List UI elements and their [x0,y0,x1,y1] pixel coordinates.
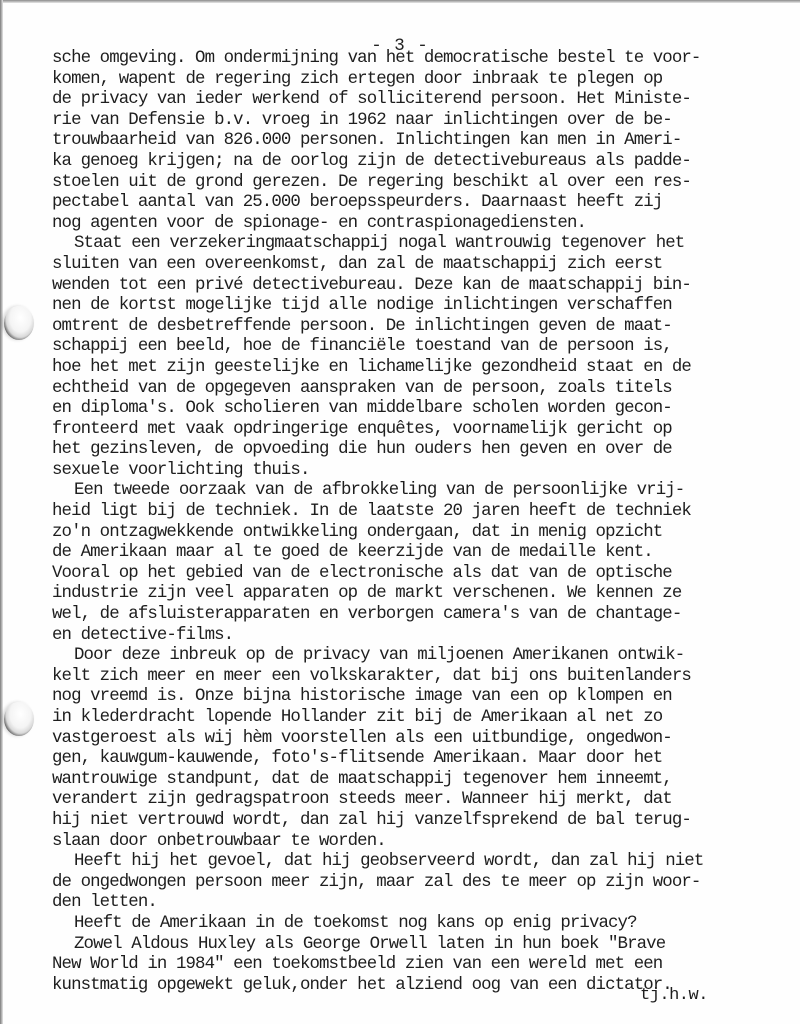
text-line: Heeft de Amerikaan in de toekomst nog ka… [52,914,792,935]
text-line: omtrent de desbetreffende persoon. De in… [52,317,792,338]
text-line: het gezinsleven, de opvoeding die hun ou… [52,440,792,461]
text-line: nog agenten voor de spionage- en contras… [52,214,792,235]
punch-hole [4,702,34,736]
text-line: den letten. [52,893,792,914]
text-line: echtheid van de opgegeven aanspraken van… [52,379,792,400]
page-edge-top [0,0,800,3]
text-line: hij niet vertrouwd wordt, dan zal hij va… [52,811,792,832]
text-line: komen, wapent de regering zich ertegen d… [52,70,792,91]
author-initials: tj.h.w. [640,986,708,1005]
text-line: zo'n ontzagwekkende ontwikkeling onderga… [52,523,792,544]
text-line: slaan door onbetrouwbaar te worden. [52,832,792,853]
text-line: schappij een beeld, hoe de financiële to… [52,337,792,358]
text-line: Zowel Aldous Huxley als George Orwell la… [52,935,792,956]
text-line: sluiten van een overeenkomst, dan zal de… [52,255,792,276]
text-line: Staat een verzekeringmaatschappij nogal … [52,234,792,255]
page-edge-left [0,0,3,1024]
text-line: sche omgeving. Om ondermijning van het d… [52,49,792,70]
text-line: gen, kauwgum-kauwende, foto's-flitsende … [52,749,792,770]
text-line: kelt zich meer en meer een volkskarakter… [52,667,792,688]
punch-hole [4,306,34,340]
text-line: nen de kortst mogelijke tijd alle nodige… [52,296,792,317]
text-line: Door deze inbreuk op de privacy van milj… [52,646,792,667]
text-line: de privacy van ieder werkend of sollicit… [52,90,792,111]
typewritten-body: sche omgeving. Om ondermijning van het d… [52,49,792,996]
text-line: Vooral op het gebied van de electronisch… [52,564,792,585]
text-line: verandert zijn gedragspatroon steeds mee… [52,790,792,811]
text-line: rie van Defensie b.v. vroeg in 1962 naar… [52,111,792,132]
text-line: wenden tot een privé detectivebureau. De… [52,276,792,297]
text-line: wel, de afsluisterapparaten en verborgen… [52,605,792,626]
text-line: wantrouwige standpunt, dat de maatschapp… [52,770,792,791]
text-line: en diploma's. Ook scholieren van middelb… [52,399,792,420]
text-line: Heeft hij het gevoel, dat hij geobservee… [52,852,792,873]
text-line: trouwbaarheid van 826.000 personen. Inli… [52,131,792,152]
text-line: New World in 1984" een toekomstbeeld zie… [52,955,792,976]
text-line: en detective-films. [52,626,792,647]
text-line: sexuele voorlichting thuis. [52,461,792,482]
text-line: ka genoeg krijgen; na de oorlog zijn de … [52,152,792,173]
text-line: stoelen uit de grond gerezen. De regerin… [52,173,792,194]
text-line: industrie zijn veel apparaten op de mark… [52,584,792,605]
text-line: heid ligt bij de techniek. In de laatste… [52,502,792,523]
text-line: de Amerikaan maar al te goed de keerzijd… [52,543,792,564]
text-line: hoe het met zijn geestelijke en lichamel… [52,358,792,379]
text-line: in klederdracht lopende Hollander zit bi… [52,708,792,729]
text-line: de ongedwongen persoon meer zijn, maar z… [52,873,792,894]
text-line: fronteerd met vaak opdringerige enquêtes… [52,420,792,441]
text-line: vastgeroest als wij hèm voorstellen als … [52,729,792,750]
text-line: Een tweede oorzaak van de afbrokkeling v… [52,481,792,502]
text-line: nog vreemd is. Onze bijna historische im… [52,687,792,708]
text-line: pectabel aantal van 25.000 beroepsspeurd… [52,193,792,214]
